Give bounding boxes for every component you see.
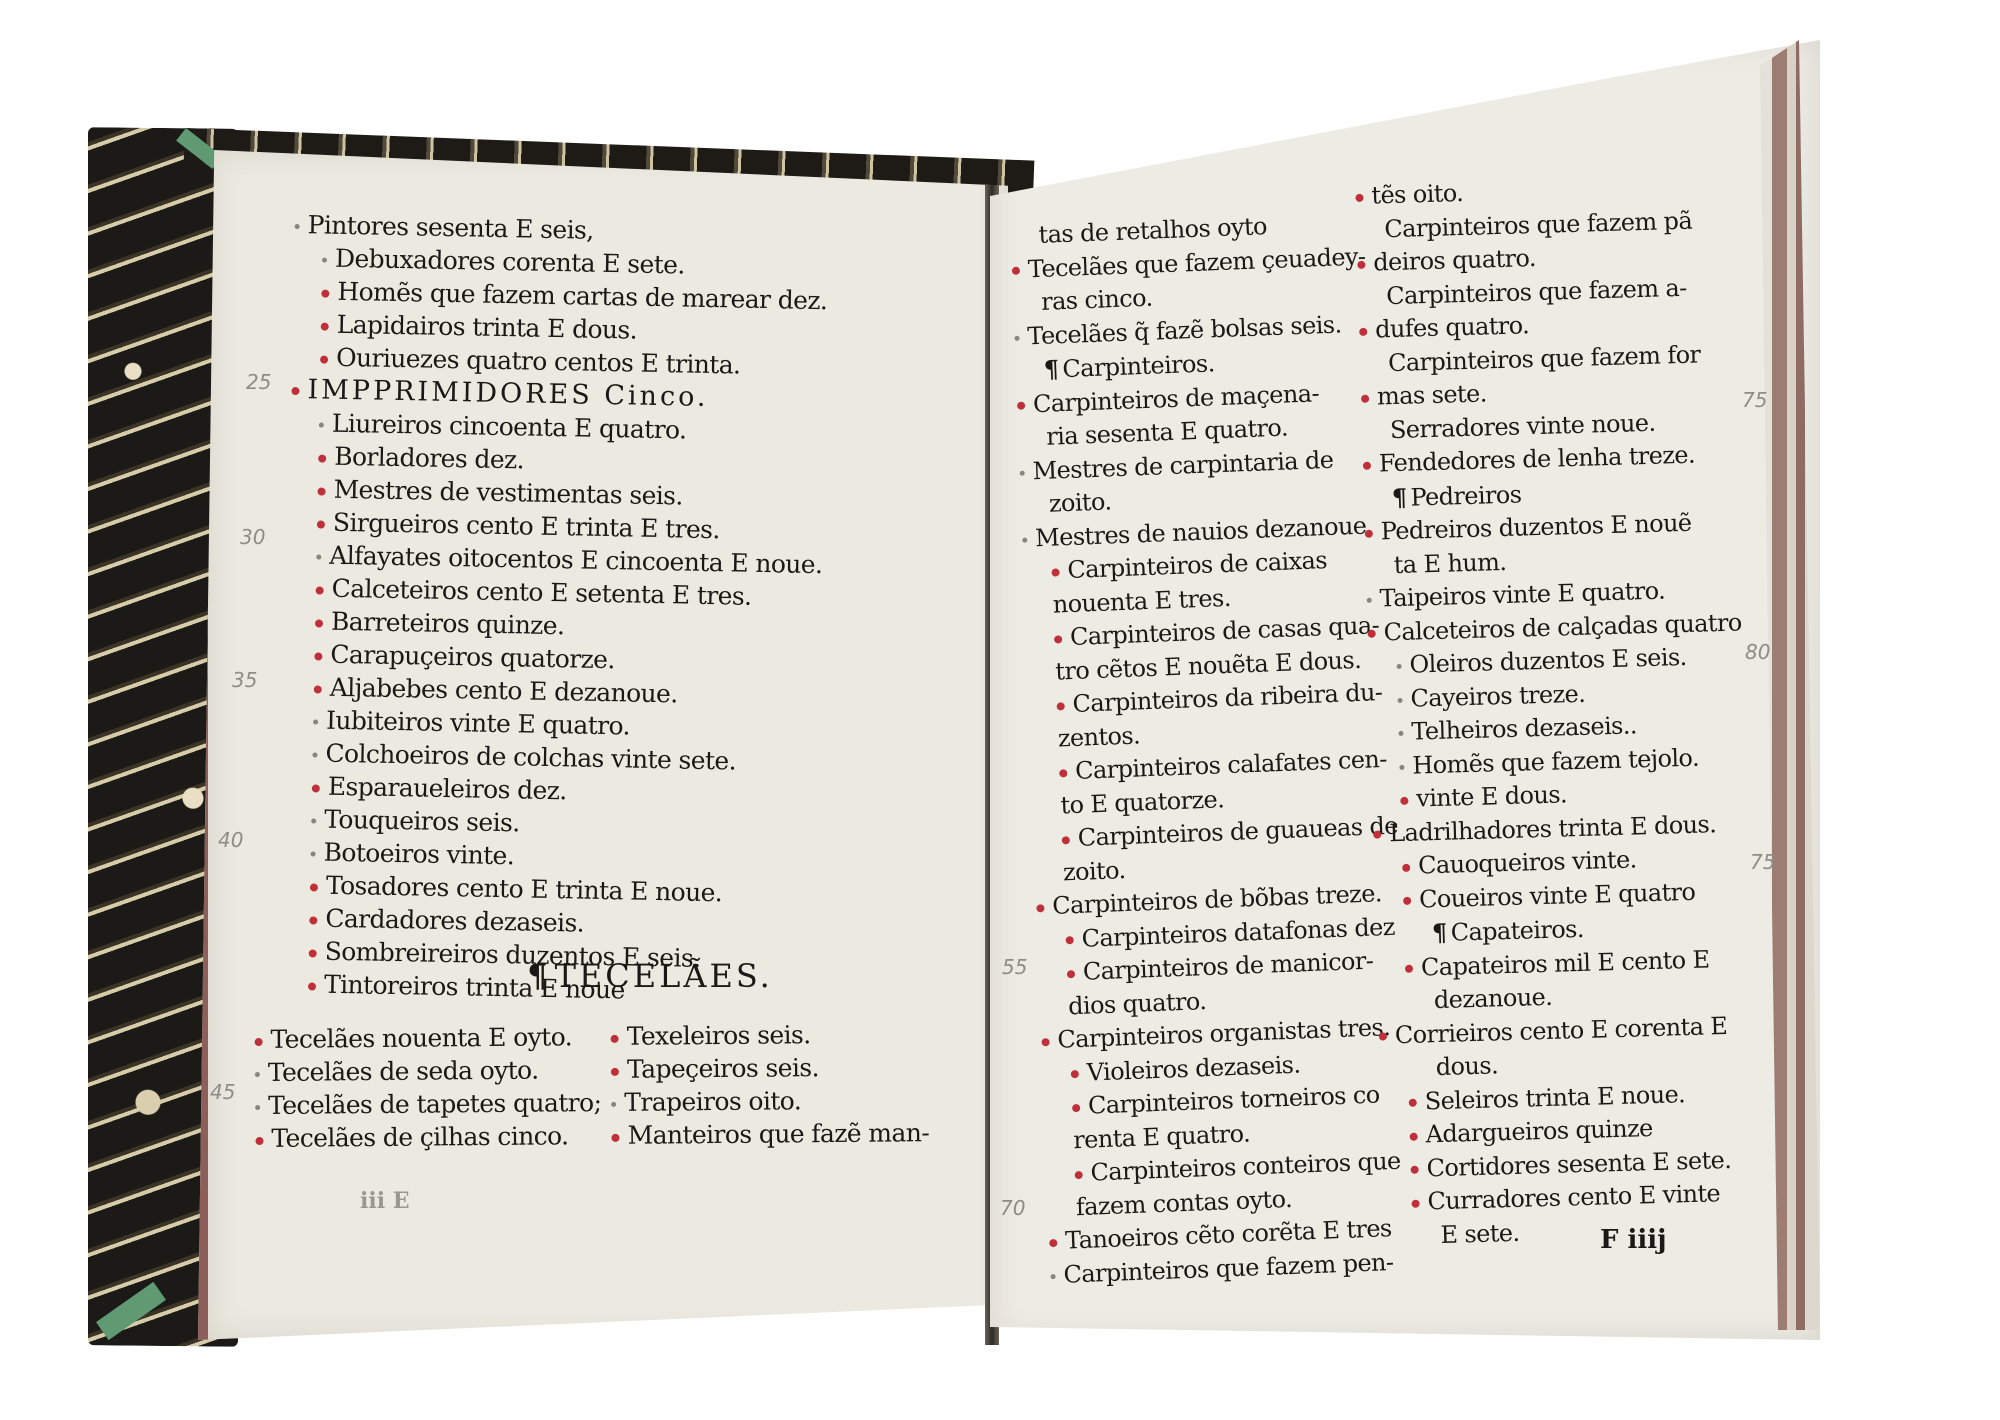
tecelaes-list: Tecelães nouenta E oyto. Tecelães de sed… xyxy=(254,1017,955,1155)
list-line-text: E sete. xyxy=(1440,1218,1520,1248)
list-line-text: tẽs oito. xyxy=(1371,179,1464,210)
list-line-text: dios quatro. xyxy=(1068,987,1207,1020)
list-line-text: Ladrilhadores trinta E dous. xyxy=(1389,810,1717,847)
list-line-text: Liureiros cincoenta E quatro. xyxy=(332,409,687,445)
list-line-text: Capateiros. xyxy=(1450,915,1584,947)
list-line: Tecelães de çilhas cinco. xyxy=(255,1119,601,1155)
list-line-text: Corrieiros cento E corenta E xyxy=(1394,1011,1727,1048)
list-line-text: Cardadores dezaseis. xyxy=(325,904,584,938)
paragraph-mark-icon: ¶ xyxy=(1043,354,1059,384)
list-line-text: Esparaueleiros dez. xyxy=(328,772,567,806)
list-line-text: deiros quatro. xyxy=(1373,244,1536,277)
list-line-text: Tecelães nouenta E oyto. xyxy=(270,1022,572,1054)
margin-number: 75 xyxy=(1742,388,1767,412)
list-line-text: Fendedores de lenha treze. xyxy=(1379,441,1696,478)
list-line: Tecelães de seda oyto. xyxy=(255,1053,601,1089)
list-line-text: Cayeiros treze. xyxy=(1410,679,1585,712)
list-line-text: tas de retalhos oyto xyxy=(1038,212,1267,249)
list-line-text: Barreteiros quinze. xyxy=(331,607,565,640)
list-line-text: Seleiros trinta E noue. xyxy=(1424,1080,1685,1115)
list-line-text: Serradores vinte noue. xyxy=(1390,408,1656,443)
margin-number: 70 xyxy=(1000,1196,1025,1220)
list-line-text: ta E hum. xyxy=(1393,547,1506,578)
list-line-text: Debuxadores corenta E sete. xyxy=(335,244,685,280)
list-line: Tapeçeiros seis. xyxy=(611,1050,955,1086)
list-line-text: Curradores cento E vinte xyxy=(1427,1179,1720,1215)
list-line-text: Carpinteiros que fazem pã xyxy=(1384,206,1692,243)
margin-number: 75 xyxy=(1750,850,1775,874)
left-page-list: Pintores sesenta E seis, Debuxadores cor… xyxy=(280,208,975,1013)
list-line-text: Lapidairos trinta E dous. xyxy=(336,310,637,345)
list-line-text: Violeiros dezaseis. xyxy=(1086,1050,1301,1086)
list-line-text: Manteiros que fazẽ man- xyxy=(628,1118,930,1150)
list-line-text: dous. xyxy=(1435,1051,1498,1081)
list-line: Texeleiros seis. xyxy=(611,1017,955,1053)
paragraph-mark-icon: ¶ xyxy=(527,957,550,995)
list-line-text: Carpinteiros que fazem for xyxy=(1388,340,1701,377)
paragraph-mark-icon: ¶ xyxy=(1432,918,1447,947)
section-heading-text: TECELÃES. xyxy=(555,957,773,995)
list-line-text: Texeleiros seis. xyxy=(627,1020,811,1051)
list-line-text: ria sesenta E quatro. xyxy=(1046,413,1289,450)
margin-number: 55 xyxy=(1002,955,1027,979)
list-line-text: Telheiros dezaseis.. xyxy=(1411,711,1637,745)
list-line-text: Cortidores sesenta E sete. xyxy=(1426,1145,1731,1181)
list-line-text: Trapeiros oito. xyxy=(624,1086,801,1117)
tecelaes-column-left: Tecelães nouenta E oyto. Tecelães de sed… xyxy=(254,1020,601,1155)
paragraph-mark-icon: ¶ xyxy=(1391,482,1406,511)
right-page-column-1: tas de retalhos oyto Tecelães que fazem … xyxy=(1010,206,1411,1292)
list-line-text: Botoeiros vinte. xyxy=(323,838,514,871)
list-line-text: Taipeiros vinte E quatro. xyxy=(1379,577,1665,613)
list-line-text: to E quatorze. xyxy=(1060,785,1225,819)
list-line-text: Adargueiros quinze xyxy=(1425,1114,1653,1148)
section-heading-tecelaes: ¶TECELÃES. xyxy=(450,960,850,993)
list-line-text: Coueiros vinte E quatro xyxy=(1419,877,1696,913)
list-line-text: Sirgueiros cento E trinta E tres. xyxy=(333,508,720,544)
list-line-text: renta E quatro. xyxy=(1073,1119,1251,1154)
right-page-column-2: tẽs oito. Carpinteiros que fazem pã deir… xyxy=(1355,169,1765,1253)
list-line: Tecelães de tapetes quatro; xyxy=(255,1086,601,1122)
list-line-text: mas sete. xyxy=(1377,379,1487,410)
list-line-text: Tecelães de tapetes quatro; xyxy=(268,1088,601,1120)
list-line-text: ras cinco. xyxy=(1041,284,1153,316)
list-line-text: Oleiros duzentos E seis. xyxy=(1409,643,1687,679)
list-line-text: Borladores dez. xyxy=(334,442,524,475)
list-line-text: Cauoqueiros vinte. xyxy=(1418,845,1637,879)
list-line-text: dufes quatro. xyxy=(1375,311,1530,343)
list-line: Trapeiros oito. xyxy=(611,1083,955,1119)
list-line-text: Pedreiros xyxy=(1410,480,1522,511)
margin-number: 40 xyxy=(218,828,243,852)
open-book: 25 30 35 40 45 Pintores sesenta E seis, … xyxy=(0,0,2000,1420)
list-line-text: Carpinteiros. xyxy=(1062,349,1215,383)
list-line-text: Tecelães de seda oyto. xyxy=(268,1056,539,1087)
margin-number: 45 xyxy=(210,1080,235,1104)
list-line-text: zoito. xyxy=(1048,487,1112,517)
list-line-text: Carapuçeiros quatorze. xyxy=(330,640,615,674)
list-line: Manteiros que fazẽ man- xyxy=(611,1116,955,1152)
list-line-text: Tapeçeiros seis. xyxy=(627,1053,819,1084)
list-line-text: nouenta E tres. xyxy=(1052,583,1231,618)
list-line-text: Tosadores cento E trinta E noue. xyxy=(326,871,723,908)
list-line-text: Touqueiros seis. xyxy=(324,805,520,838)
list-line-text: Iubiteiros vinte E quatro. xyxy=(326,706,630,741)
list-line: Tecelães nouenta E oyto. xyxy=(254,1020,600,1056)
list-line-text: Aljabebes cento E dezanoue. xyxy=(330,673,678,709)
signature-mark-faint: iii E xyxy=(360,1188,410,1214)
list-line-text: Tecelães de çilhas cinco. xyxy=(271,1121,568,1153)
list-line-text: dezanoue. xyxy=(1434,983,1553,1014)
list-line-text: Mestres de vestimentas seis. xyxy=(333,475,683,511)
list-line-text: Carpinteiros que fazem a- xyxy=(1386,273,1687,309)
list-line-text: Pedreiros duzentos E nouẽ xyxy=(1380,509,1691,546)
list-line-text: vinte E dous. xyxy=(1416,780,1567,812)
margin-number: 30 xyxy=(240,525,265,549)
list-line-text: fazem contas oyto. xyxy=(1075,1184,1292,1220)
margin-number: 25 xyxy=(246,370,271,394)
list-line-text: zentos. xyxy=(1057,721,1140,752)
list-line-text: zoito. xyxy=(1063,856,1127,886)
tecelaes-column-right: Texeleiros seis. Tapeçeiros seis. Trapei… xyxy=(611,1017,956,1152)
list-line-text: Homẽs que fazem tejolo. xyxy=(1412,743,1699,779)
margin-number: 35 xyxy=(232,668,257,692)
list-line-text: Capateiros mil E cento E xyxy=(1421,945,1710,981)
signature-mark: F iiij xyxy=(1600,1225,1667,1255)
list-line-text: Pintores sesenta E seis, xyxy=(307,210,593,244)
margin-number: 80 xyxy=(1745,640,1770,664)
